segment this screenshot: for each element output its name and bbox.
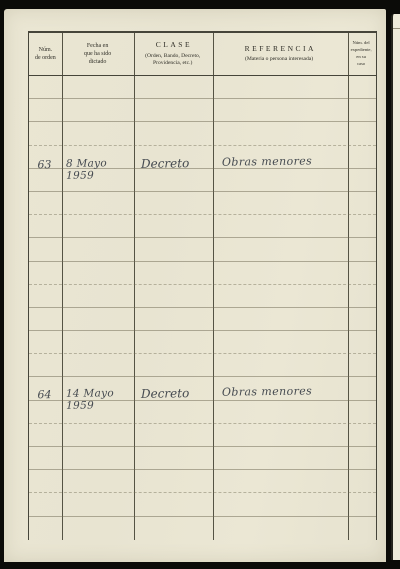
table-row	[29, 262, 376, 285]
entry-fecha: 14 Mayo 1959	[61, 387, 133, 414]
header-fecha: Fecha en que ha sido dictado	[62, 33, 134, 75]
table-row	[29, 447, 376, 470]
table-body-rows	[29, 76, 376, 540]
header-referencia-title: REFERENCIA	[242, 44, 316, 54]
table-header-row: Núm. de orden Fecha en que ha sido dicta…	[29, 33, 376, 76]
entry-referencia: Obras menores	[212, 154, 347, 182]
scanned-ledger-photo: Núm. de orden Fecha en que ha sido dicta…	[0, 0, 400, 569]
header-referencia-subtitle: (Materia o persona interesada)	[245, 56, 313, 64]
header-clase-title: CLASE	[153, 40, 192, 50]
register-table: Núm. de orden Fecha en que ha sido dicta…	[28, 31, 377, 540]
header-clase-subtitle: (Orden, Bando, Decreto, Providencia, etc…	[145, 53, 200, 68]
next-page-rule-line	[393, 28, 400, 29]
next-page-edge	[391, 14, 400, 560]
entry-fecha: 8 Mayo 1959	[61, 157, 133, 184]
table-row	[29, 238, 376, 261]
table-row	[29, 99, 376, 122]
header-num-orden: Núm. de orden	[29, 33, 62, 75]
ledger-page: Núm. de orden Fecha en que ha sido dicta…	[4, 9, 386, 562]
table-row	[29, 354, 376, 377]
table-row	[29, 470, 376, 493]
header-num-expediente: Núm. del expediente, en su caso	[346, 33, 376, 75]
table-row	[29, 215, 376, 238]
table-row	[29, 331, 376, 354]
table-row	[29, 122, 376, 145]
entry-num: 63	[28, 158, 61, 184]
header-clase: CLASE (Orden, Bando, Decreto, Providenci…	[133, 33, 212, 75]
handwritten-entry-63: 63 8 Mayo 1959 Decreto Obras menores	[28, 154, 377, 185]
entry-clase: Decreto	[133, 386, 212, 413]
entry-num: 64	[28, 388, 61, 414]
table-row	[29, 76, 376, 99]
table-row	[29, 308, 376, 331]
header-referencia: REFERENCIA (Materia o persona interesada…	[212, 33, 346, 75]
entry-referencia: Obras menores	[212, 384, 347, 412]
table-row	[29, 493, 376, 516]
entry-clase: Decreto	[133, 156, 212, 183]
table-row	[29, 285, 376, 308]
table-row	[29, 192, 376, 215]
handwritten-entry-64: 64 14 Mayo 1959 Decreto Obras menores	[28, 384, 377, 415]
table-row	[29, 424, 376, 447]
table-row	[29, 517, 376, 540]
